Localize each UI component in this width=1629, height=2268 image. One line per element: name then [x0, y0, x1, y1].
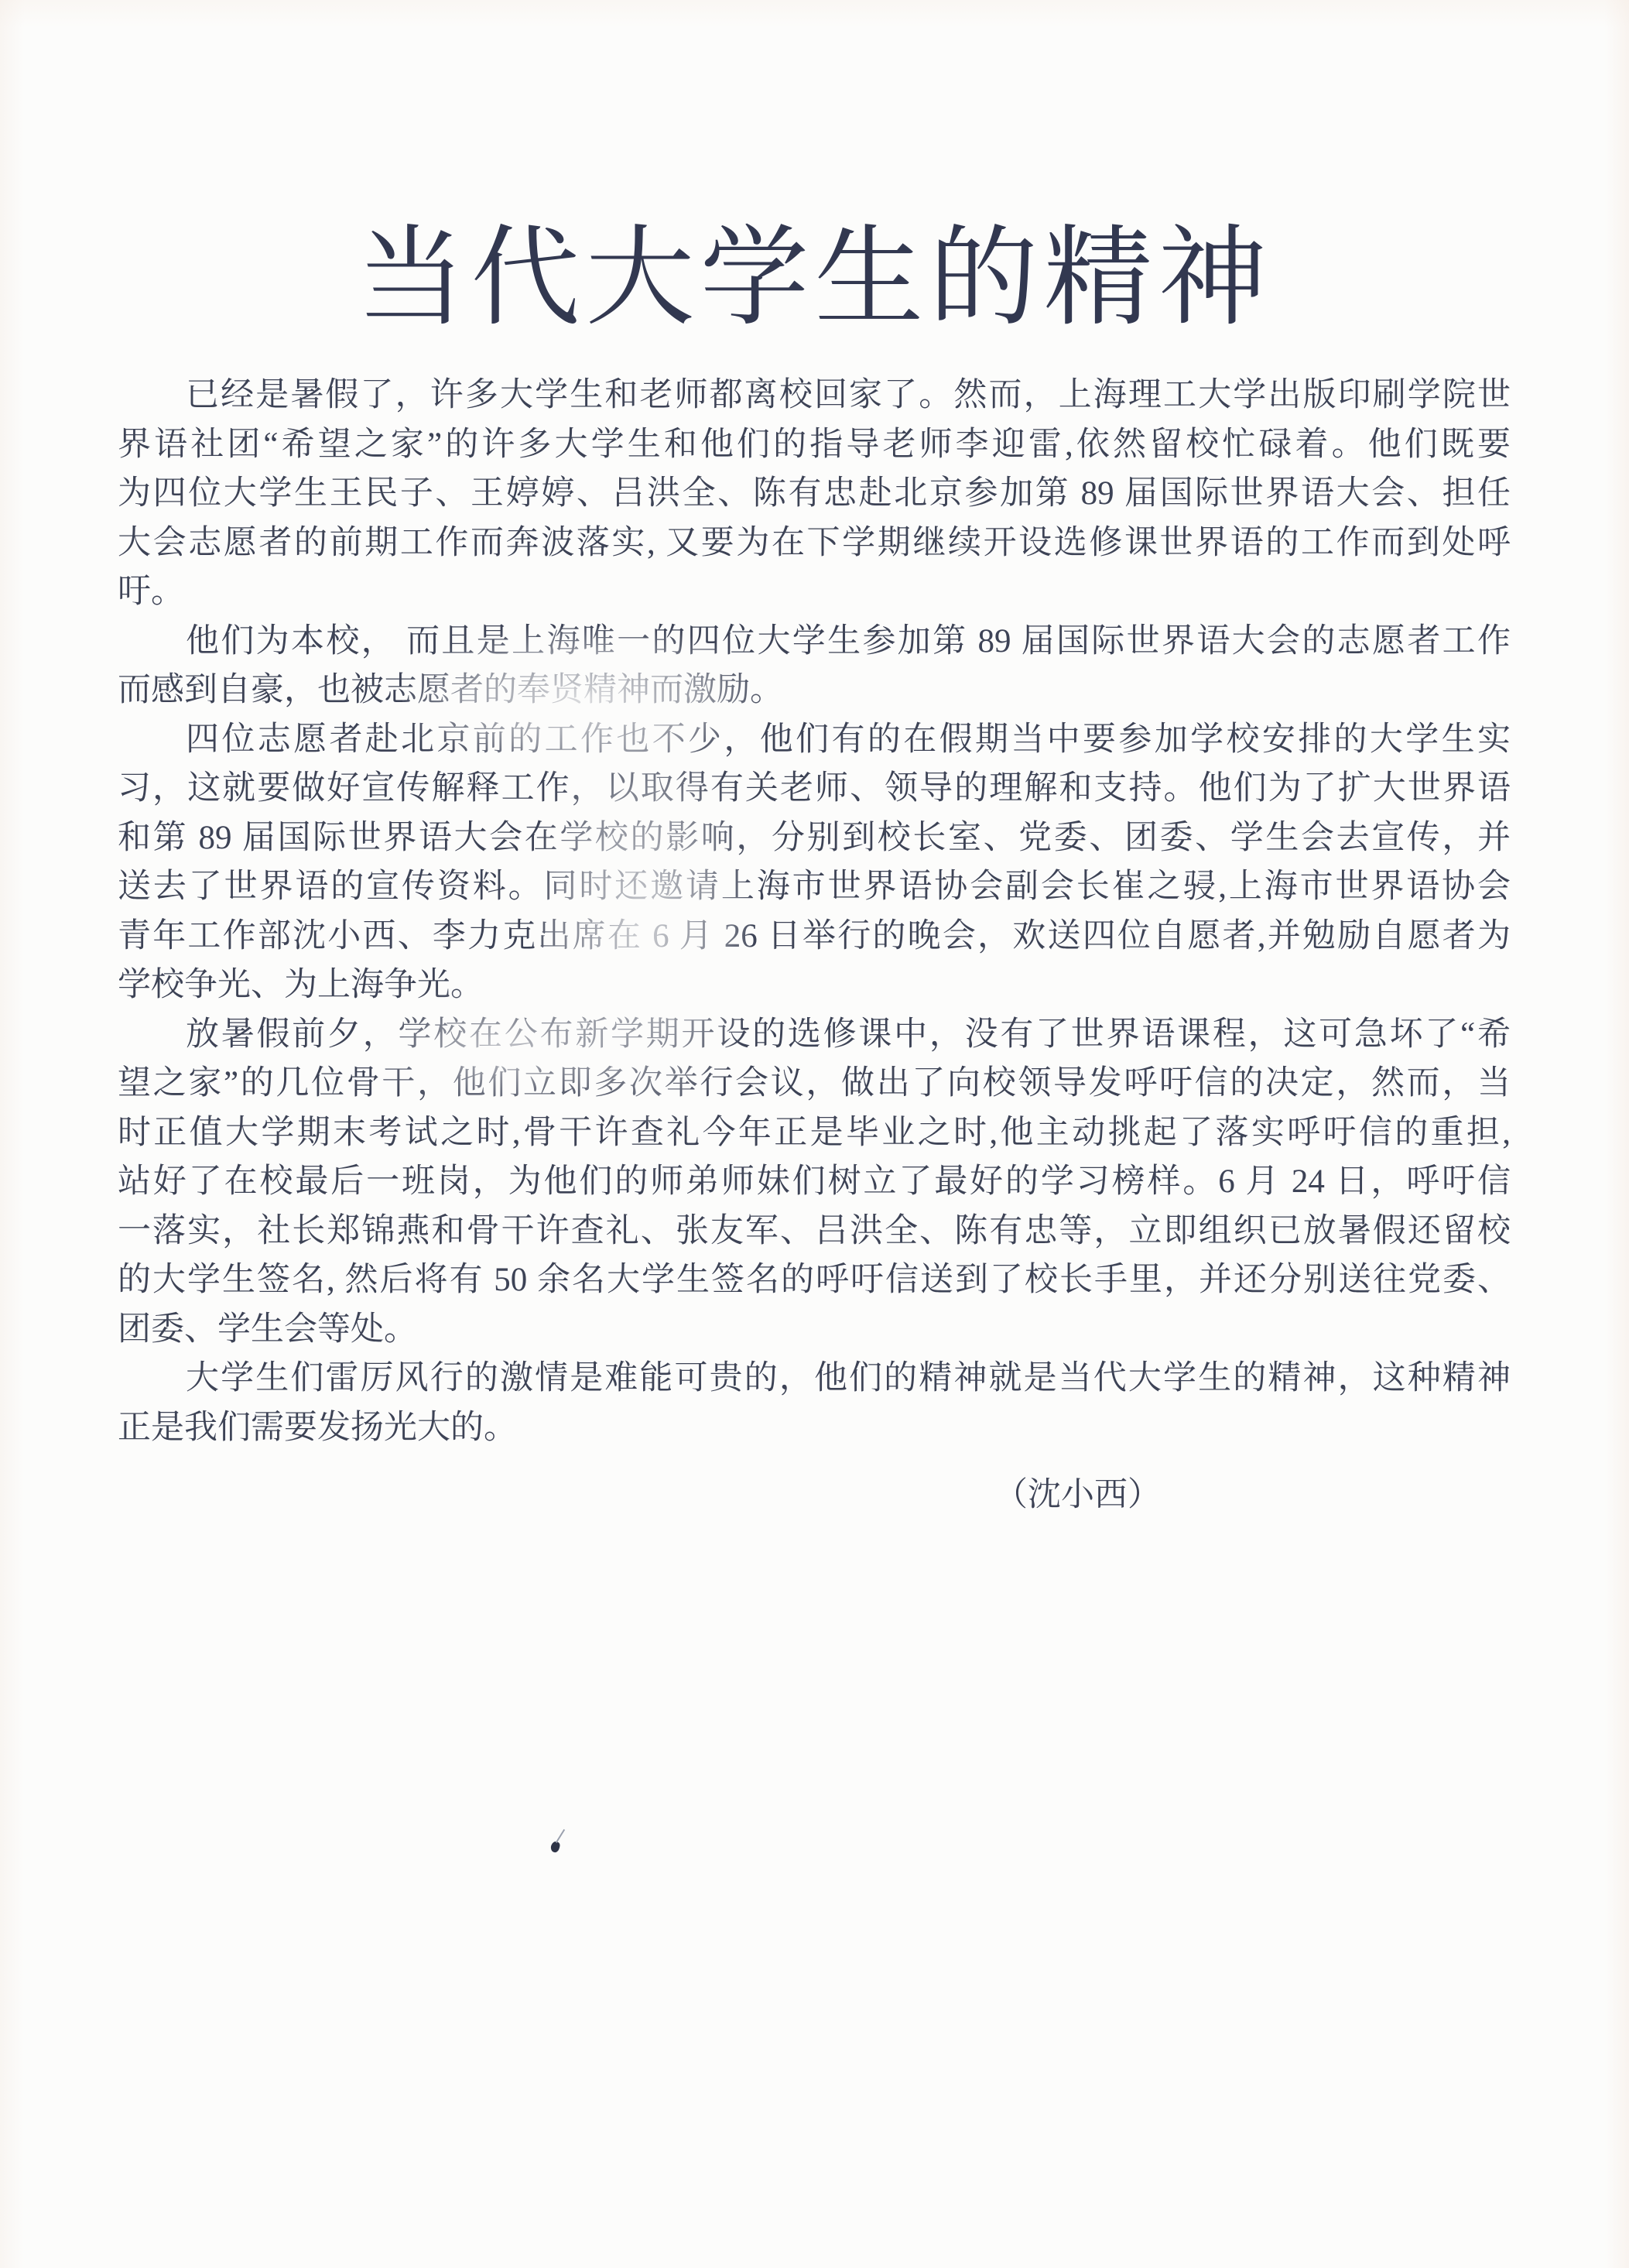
text-line: 习，这就要做好宣传解释工作，以取得有关老师、领导的理解和支持。他们为了扩大世界语 [118, 764, 1511, 814]
text-line: 界语社团“希望之家”的许多大学生和他们的指导老师李迎雷,依然留校忙碌着。他们既要 [118, 420, 1511, 470]
text-line: 送去了世界语的宣传资料。同时还邀请上海市世界语协会副会长崔之骎,上海市世界语协会 [118, 862, 1511, 912]
text-line: 望之家”的几位骨干，他们立即多次举行会议，做出了向校领导发呼吁信的决定，然而，当 [118, 1059, 1511, 1108]
text-line: 四位志愿者赴北京前的工作也不少，他们有的在假期当中要参加学校安排的大学生实 [118, 715, 1511, 765]
text-line: 放暑假前夕，学校在公布新学期开设的选修课中，没有了世界语课程，这可急坏了“希 [118, 1010, 1511, 1060]
text-line: 站好了在校最后一班岗，为他们的师弟师妹们树立了最好的学习榜样。6 月 24 日，… [118, 1157, 1511, 1207]
text-line: 已经是暑假了，许多大学生和老师都离校回家了。然而，上海理工大学出版印刷学院世 [118, 371, 1511, 420]
scanned-document-page: 当代大学生的精神 已经是暑假了，许多大学生和老师都离校回家了。然而，上海理工大学… [0, 0, 1629, 2268]
text-line: 和第 89 届国际世界语大会在学校的影响，分别到校长室、党委、团委、学生会去宣传… [118, 814, 1511, 863]
text-line: 团委、学生会等处。 [118, 1305, 1511, 1355]
text-line: 学校争光、为上海争光。 [118, 961, 1511, 1010]
ink-speck-tail [556, 1829, 565, 1843]
text-line: 而感到自豪，也被志愿者的奉贤精神而激励。 [118, 666, 1511, 715]
text-line: 吁。 [118, 567, 1511, 617]
document-title: 当代大学生的精神 [0, 214, 1629, 343]
author-signature: （沈小西） [118, 1471, 1511, 1520]
text-line: 大学生们雷厉风行的激情是难能可贵的，他们的精神就是当代大学生的精神，这种精神 [118, 1354, 1511, 1403]
text-line: 大会志愿者的前期工作而奔波落实, 又要为在下学期继续开设选修课世界语的工作而到处… [118, 519, 1511, 568]
text-line: 的大学生签名, 然后将有 50 余名大学生签名的呼吁信送到了校长手里，并还分别送… [118, 1256, 1511, 1305]
text-line: 时正值大学期末考试之时,骨干许查礼今年正是毕业之时,他主动挑起了落实呼吁信的重担… [118, 1108, 1511, 1158]
text-line: 他们为本校， 而且是上海唯一的四位大学生参加第 89 届国际世界语大会的志愿者工… [118, 617, 1511, 666]
text-line: 为四位大学生王民子、王婷婷、吕洪全、陈有忠赴北京参加第 89 届国际世界语大会、… [118, 469, 1511, 519]
text-line: 正是我们需要发扬光大的。 [118, 1403, 1511, 1453]
text-line: 一落实，社长郑锦燕和骨干许查礼、张友军、吕洪全、陈有忠等，立即组织已放暑假还留校 [118, 1207, 1511, 1256]
document-body: 已经是暑假了，许多大学生和老师都离校回家了。然而，上海理工大学出版印刷学院世界语… [118, 371, 1511, 1520]
text-line: 青年工作部沈小西、李力克出席在 6 月 26 日举行的晚会，欢送四位自愿者,并勉… [118, 912, 1511, 961]
